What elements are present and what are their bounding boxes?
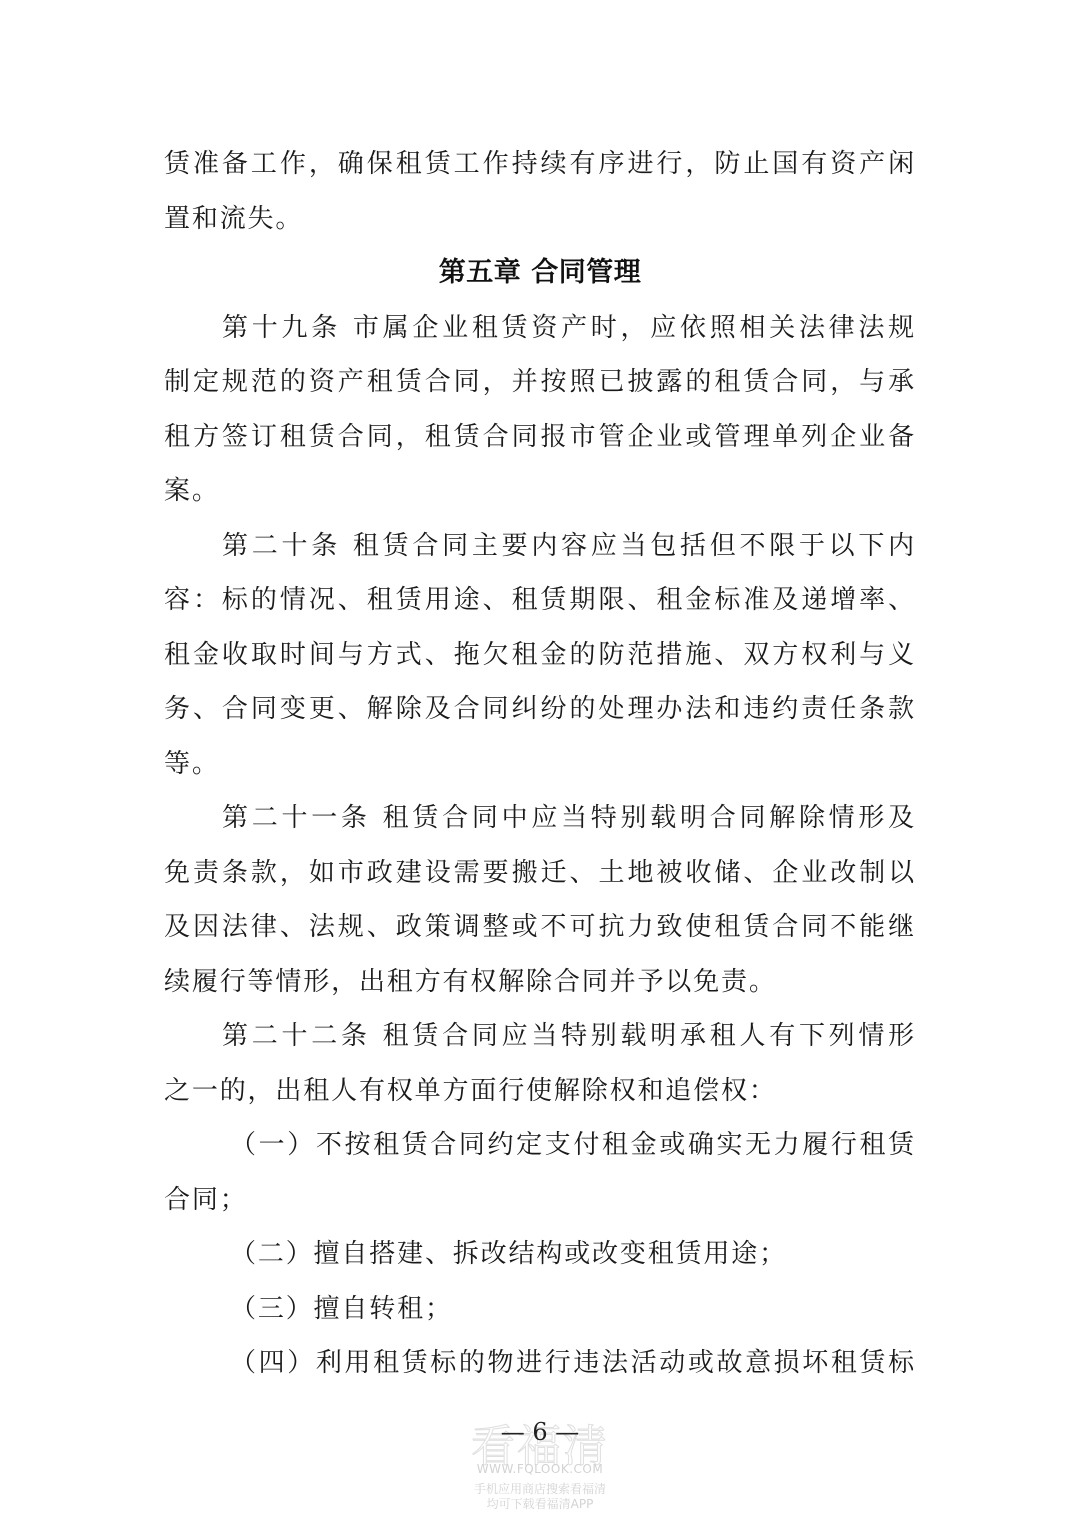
paragraph-line: 之一的，出租人有权单方面行使解除权和追偿权： — [164, 1064, 916, 1119]
paragraph-line: 租金收取时间与方式、拖欠租金的防范措施、双方权利与义 — [164, 628, 916, 683]
list-item: （二）擅自搭建、拆改结构或改变租赁用途； — [164, 1227, 916, 1282]
paragraph-line: 赁准备工作，确保租赁工作持续有序进行，防止国有资产闲 — [164, 137, 916, 192]
article-title-line: 第二十条 租赁合同主要内容应当包括但不限于以下内 — [164, 519, 916, 574]
article-21: 第二十一条 租赁合同中应当特别载明合同解除情形及 免责条款，如市政建设需要搬迁、… — [164, 791, 916, 1009]
list-item: （四）利用租赁标的物进行违法活动或故意损坏租赁标 — [164, 1336, 916, 1391]
page-body: 赁准备工作，确保租赁工作持续有序进行，防止国有资产闲 置和流失。 第五章 合同管… — [164, 137, 916, 1391]
watermark-text: 均可下载看福清APP — [440, 1495, 640, 1512]
paragraph-line: 续履行等情形，出租方有权解除合同并予以免责。 — [164, 955, 916, 1010]
article-title-line: 第二十一条 租赁合同中应当特别载明合同解除情形及 — [164, 791, 916, 846]
page-footer: 看福清 — 6 — WWW.FQLOOK.COM 手机应用商店搜索看福清 均可下… — [440, 1410, 640, 1528]
paragraph-line: 制定规范的资产租赁合同，并按照已披露的租赁合同，与承 — [164, 355, 916, 410]
list-item-continuation: 合同； — [164, 1173, 916, 1228]
paragraph-line: 免责条款，如市政建设需要搬迁、土地被收储、企业改制以 — [164, 846, 916, 901]
paragraph-line: 案。 — [164, 464, 916, 519]
list-item: （一）不按租赁合同约定支付租金或确实无力履行租赁 — [164, 1118, 916, 1173]
paragraph-line: 及因法律、法规、政策调整或不可抗力致使租赁合同不能继 — [164, 900, 916, 955]
article-title-line: 第二十二条 租赁合同应当特别载明承租人有下列情形 — [164, 1009, 916, 1064]
paragraph-line: 租方签订租赁合同，租赁合同报市管企业或管理单列企业备 — [164, 410, 916, 465]
paragraph-line: 务、合同变更、解除及合同纠纷的处理办法和违约责任条款 — [164, 682, 916, 737]
paragraph-line: 容：标的情况、租赁用途、租赁期限、租金标准及递增率、 — [164, 573, 916, 628]
article-19: 第十九条 市属企业租赁资产时，应依照相关法律法规 制定规范的资产租赁合同，并按照… — [164, 301, 916, 519]
article-title-line: 第十九条 市属企业租赁资产时，应依照相关法律法规 — [164, 301, 916, 356]
article-20: 第二十条 租赁合同主要内容应当包括但不限于以下内 容：标的情况、租赁用途、租赁期… — [164, 519, 916, 792]
paragraph-line: 置和流失。 — [164, 192, 916, 247]
article-22: 第二十二条 租赁合同应当特别载明承租人有下列情形 之一的，出租人有权单方面行使解… — [164, 1009, 916, 1391]
document-page: 赁准备工作，确保租赁工作持续有序进行，防止国有资产闲 置和流失。 第五章 合同管… — [0, 0, 1080, 1528]
page-number: — 6 — — [440, 1418, 640, 1446]
paragraph-line: 等。 — [164, 737, 916, 792]
chapter-heading: 第五章 合同管理 — [164, 246, 916, 301]
list-item: （三）擅自转租； — [164, 1282, 916, 1337]
